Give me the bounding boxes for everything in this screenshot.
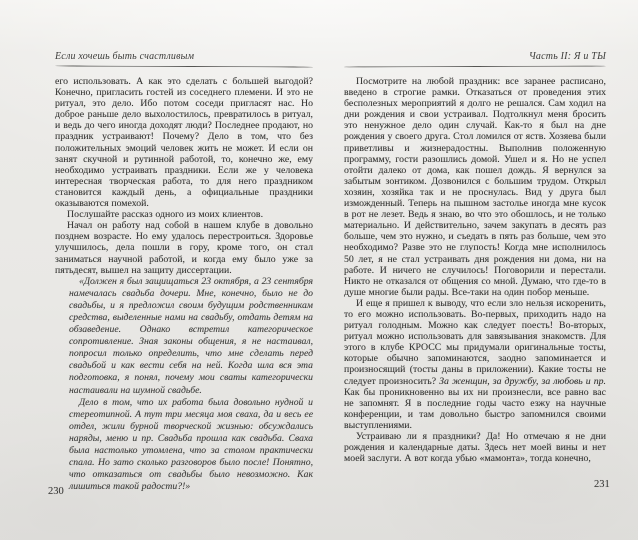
italic-text-run: За женщин, за дружбу, за любовь и пр. (439, 376, 606, 387)
body-paragraph: И еще я пришел к выводу, что если зло не… (344, 298, 606, 431)
right-header-rule (344, 66, 606, 68)
left-page: Если хочешь быть счастливым его использо… (55, 50, 313, 493)
text-run: Посмотрите на любой праздник: все заране… (344, 76, 606, 298)
body-paragraph: его использовать. А как это сделать с бо… (55, 76, 313, 209)
body-paragraph: Послушайте рассказ одного из моих клиент… (55, 209, 313, 220)
book-scan: Если хочешь быть счастливым его использо… (0, 0, 638, 540)
text-run: его использовать. А как это сделать с бо… (55, 76, 313, 209)
text-run: Устраиваю ли я праздники? Да! Но отмечаю… (344, 431, 606, 464)
quote-paragraph: Дело в том, что их работа была довольно … (69, 397, 313, 494)
text-run: Как бы проникновенно вы их ни произнесли… (344, 387, 606, 431)
left-page-number: 230 (48, 486, 64, 497)
left-running-header: Если хочешь быть счастливым (55, 50, 313, 64)
right-page-number: 231 (594, 479, 610, 490)
right-running-header: Часть II: Я и ТЫ (344, 50, 606, 64)
text-run: Послушайте рассказ одного из моих клиент… (67, 209, 263, 220)
body-paragraph: Устраиваю ли я праздники? Да! Но отмечаю… (344, 431, 606, 464)
body-paragraph: Посмотрите на любой праздник: все заране… (344, 76, 606, 298)
text-run: Начал он работу над собой в нашем клубе … (55, 220, 313, 275)
quote-paragraph: «Должен я был защищаться 23 октября, а 2… (69, 276, 313, 397)
left-header-rule (55, 65, 313, 67)
body-paragraph: Начал он работу над собой в нашем клубе … (55, 220, 313, 275)
text-run: «Должен я был защищаться 23 октября, а 2… (69, 276, 313, 396)
left-page-text: его использовать. А как это сделать с бо… (55, 76, 313, 493)
text-run: И еще я пришел к выводу, что если зло не… (344, 298, 606, 387)
text-run: Дело в том, что их работа была довольно … (69, 397, 313, 493)
right-page: Часть II: Я и ТЫ Посмотрите на любой пра… (344, 50, 606, 464)
right-page-text: Посмотрите на любой праздник: все заране… (344, 76, 606, 464)
